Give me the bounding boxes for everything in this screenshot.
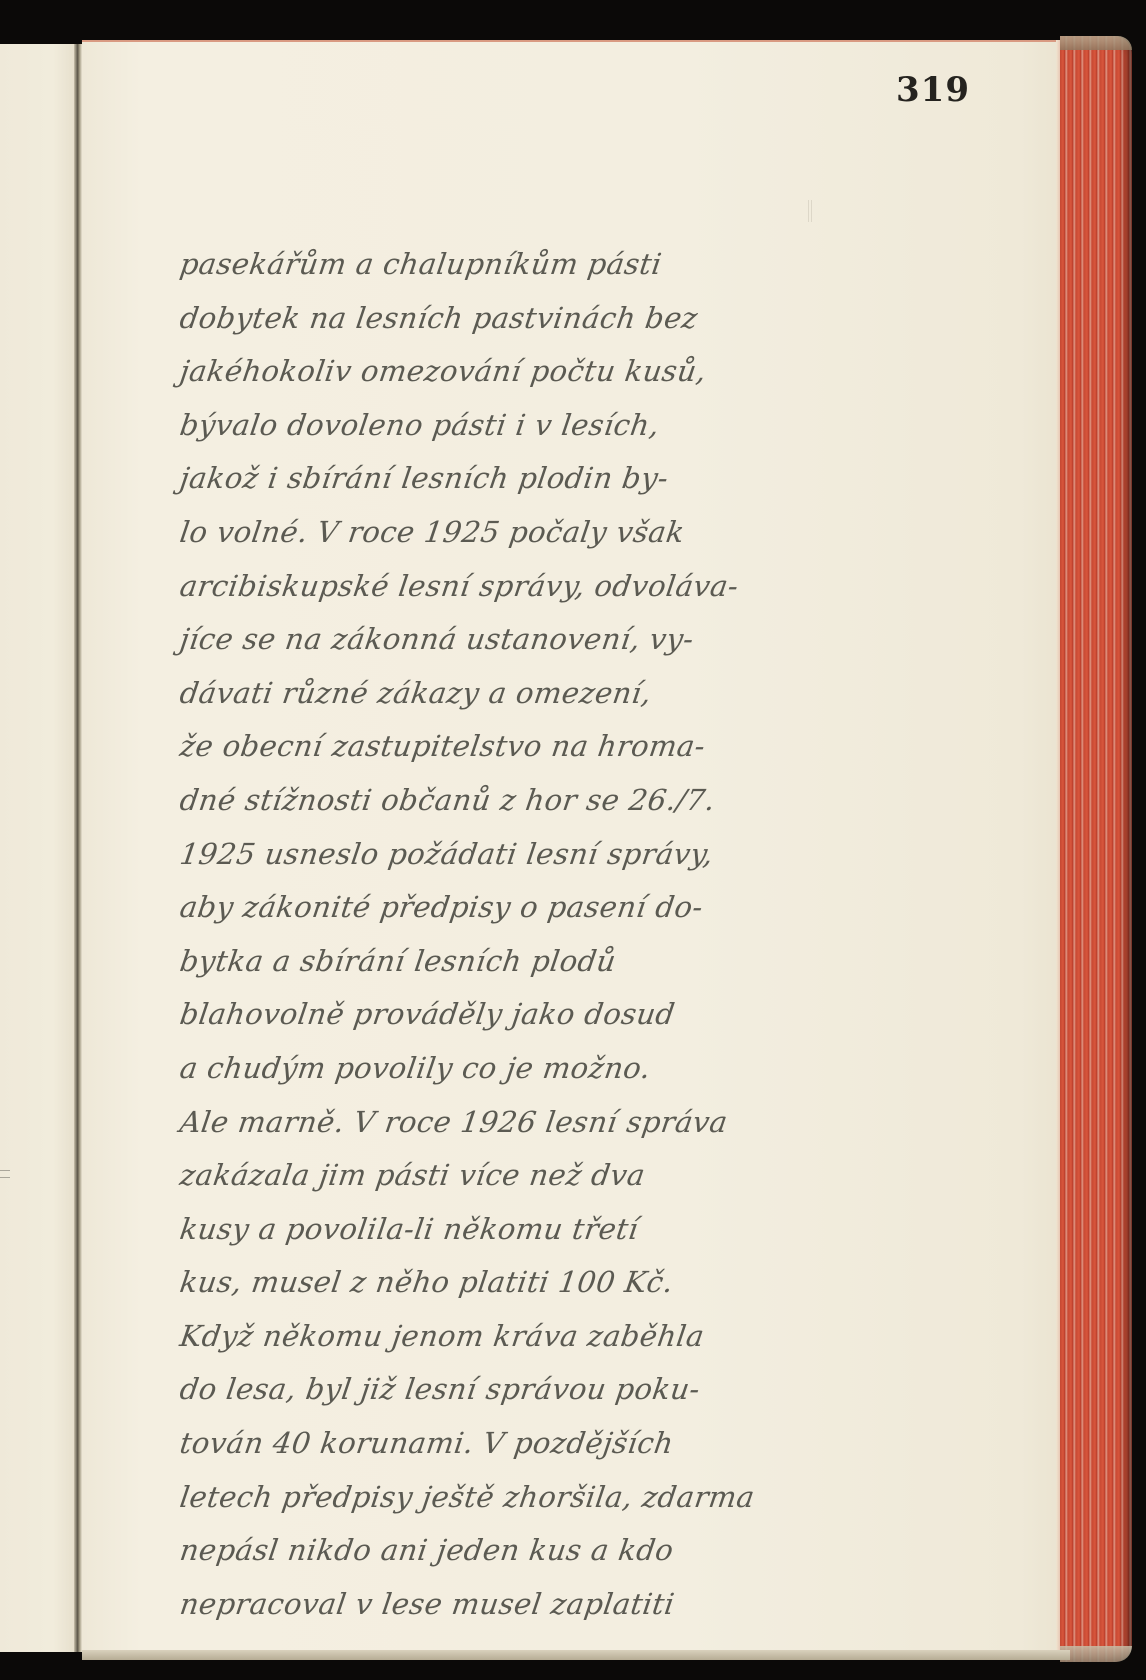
text-line: bývalo dovoleno pásti i v lesích, xyxy=(176,399,864,453)
text-line: do lesa, byl již lesní správou poku- xyxy=(176,1363,864,1417)
book-fore-edge xyxy=(1060,36,1132,1662)
text-line: pasekářům a chalupníkům pásti xyxy=(176,238,864,292)
text-line: nepracoval v lese musel zaplatiti xyxy=(176,1578,864,1632)
text-line: dobytek na lesních pastvinách bez xyxy=(176,292,864,346)
text-line: dávati různé zákazy a omezení, xyxy=(176,667,864,721)
text-line: nepásl nikdo ani jeden kus a kdo xyxy=(176,1524,864,1578)
page-stack-top xyxy=(1060,36,1132,50)
text-line: blahovolně prováděly jako dosud xyxy=(176,988,864,1042)
text-line: letech předpisy ještě zhoršila, zdarma xyxy=(176,1471,864,1525)
text-line: zakázala jim pásti více než dva xyxy=(176,1149,864,1203)
page-stack-bottom xyxy=(1060,1646,1132,1662)
text-line: arcibiskupské lesní správy, odvoláva- xyxy=(176,560,864,614)
handwritten-text: pasekářům a chalupníkům pásti dobytek na… xyxy=(180,238,860,1631)
text-line: Ale marně. V roce 1926 lesní správa xyxy=(176,1096,864,1150)
text-line: kusy a povolila-li někomu třetí xyxy=(176,1203,864,1257)
page-bottom-edge xyxy=(82,1650,1070,1660)
page-number: 319 xyxy=(896,70,970,110)
text-line: bytka a sbírání lesních plodů xyxy=(176,935,864,989)
text-line: kus, musel z něho platiti 100 Kč. xyxy=(176,1256,864,1310)
text-line: lo volné. V roce 1925 počaly však xyxy=(176,506,864,560)
text-line: Když někomu jenom kráva zaběhla xyxy=(176,1310,864,1364)
book-gutter xyxy=(74,44,82,1652)
stray-ink-mark xyxy=(0,1170,10,1178)
text-line: že obecní zastupitelstvo na hroma- xyxy=(176,720,864,774)
text-line: a chudým povolily co je možno. xyxy=(176,1042,864,1096)
text-line: tován 40 korunami. V pozdějších xyxy=(176,1417,864,1471)
text-line: dné stížnosti občanů z hor se 26./7. xyxy=(176,774,864,828)
text-line: jakož i sbírání lesních plodin by- xyxy=(176,452,864,506)
faint-pencil-mark xyxy=(808,200,812,222)
text-line: aby zákonité předpisy o pasení do- xyxy=(176,881,864,935)
text-line: 1925 usneslo požádati lesní správy, xyxy=(176,828,864,882)
left-page xyxy=(0,44,76,1652)
text-line: jíce se na zákonná ustanovení, vy- xyxy=(176,613,864,667)
text-line: jakéhokoliv omezování počtu kusů, xyxy=(176,345,864,399)
right-page: 319 pasekářům a chalupníkům pásti dobyte… xyxy=(82,40,1070,1660)
